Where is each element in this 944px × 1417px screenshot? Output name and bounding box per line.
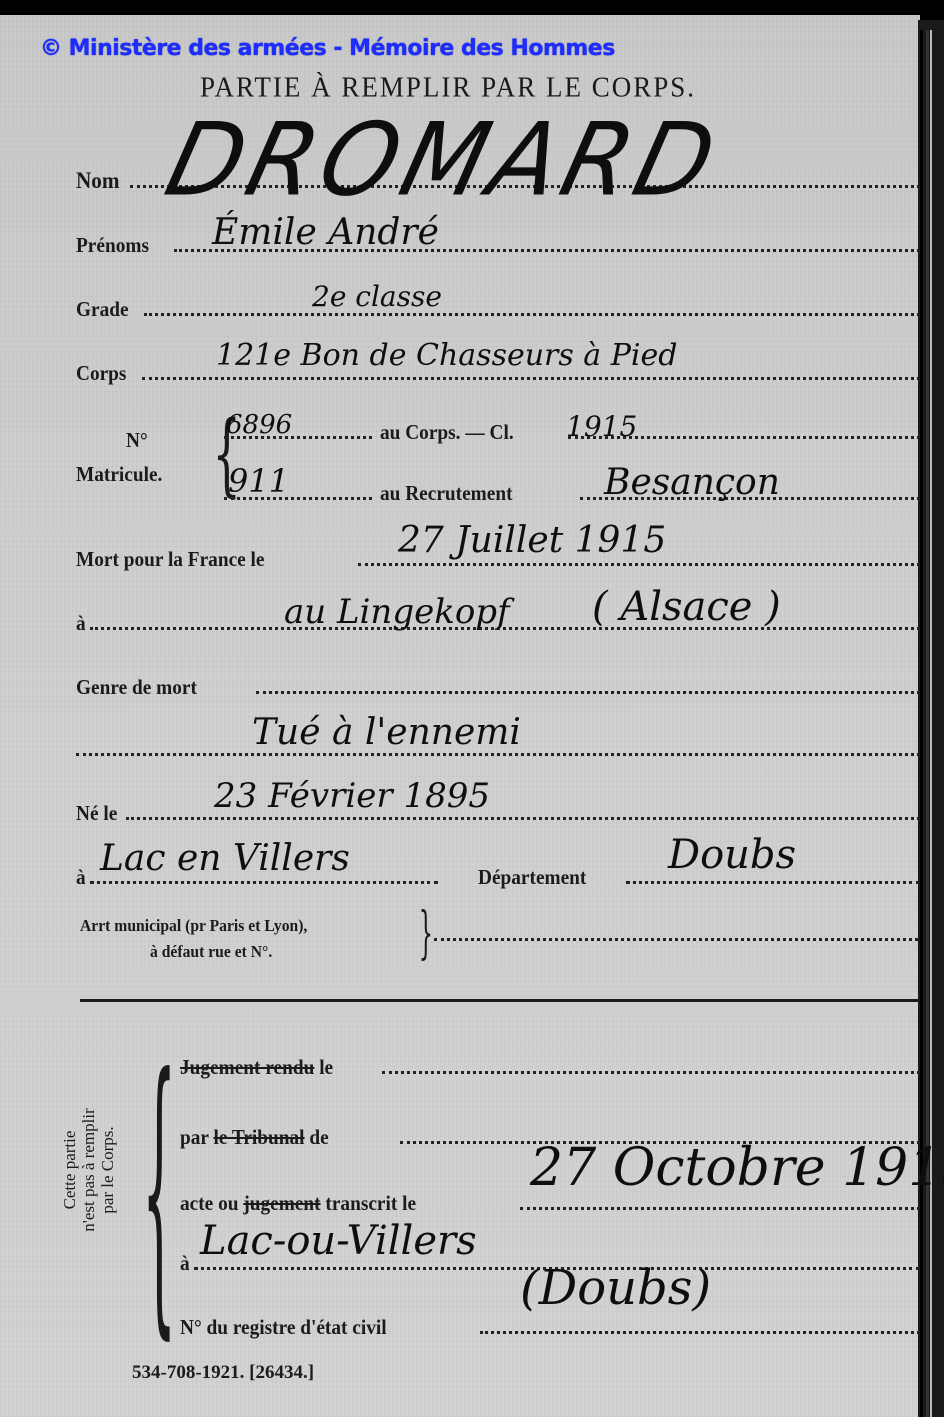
field-registre: N° du registre d'état civil — [180, 1300, 920, 1340]
mort-le-line — [358, 563, 920, 566]
field-grade: Grade — [76, 282, 920, 322]
recrutement-place: Besançon — [604, 462, 780, 503]
acte-line — [520, 1207, 920, 1210]
genre-de-mort-value: Tué à l'ennemi — [252, 712, 521, 753]
genre-de-mort-line-2 — [76, 753, 920, 756]
matricule-corps-label: au Corps. — Cl. — [380, 420, 514, 445]
tribunal-label-rest: de — [305, 1125, 329, 1149]
acte-label: acte ou jugement transcrit le — [180, 1191, 416, 1216]
corps-line — [142, 377, 920, 380]
prenoms-label: Prénoms — [76, 233, 149, 258]
side-note: Cette partie n'est pas à remplir par le … — [60, 1050, 117, 1290]
matricule-label-no: N° — [126, 428, 148, 453]
matricule-corps-value: 6896 — [226, 410, 292, 440]
prenoms-value: Émile André — [212, 212, 439, 253]
departement-label: Département — [478, 865, 586, 890]
grade-line — [144, 313, 920, 316]
copyright-watermark: © Ministère des armées - Mémoire des Hom… — [40, 36, 615, 61]
classe-value: 1915 — [566, 410, 637, 443]
recrutement-label: au Recrutement — [380, 481, 513, 506]
card-edge — [918, 20, 944, 1417]
ne-a-value: Lac en Villers — [100, 838, 350, 879]
field-matricule-recrutement: au Recrutement — [224, 466, 920, 506]
lieu-value: Lac-ou-Villers — [200, 1218, 477, 1264]
ne-le-label: Né le — [76, 801, 117, 826]
registre-line — [480, 1331, 920, 1334]
arrondissement-line — [434, 938, 918, 941]
matricule-label: Matricule. — [76, 462, 162, 487]
arrondissement-brace: } — [419, 906, 433, 962]
departement-line — [626, 881, 920, 884]
recrutement-value: 911 — [228, 462, 289, 500]
jugement-line — [382, 1071, 920, 1074]
jugement-label: Jugement rendu le — [180, 1055, 333, 1080]
tribunal-label: par le Tribunal de — [180, 1125, 329, 1150]
acte-label-struck: jugement — [243, 1191, 320, 1215]
ne-a-line — [90, 881, 438, 884]
ne-a-label: à — [76, 865, 86, 890]
registre-label: N° du registre d'état civil — [180, 1315, 387, 1340]
print-reference: 534-708-1921. [26434.] — [132, 1362, 314, 1384]
grade-label: Grade — [76, 297, 129, 322]
form-heading: PARTIE À REMPLIR PAR LE CORPS. — [200, 71, 696, 104]
tribunal-label-prefix: par — [180, 1125, 213, 1149]
genre-de-mort-line — [256, 691, 920, 694]
grade-value: 2e classe — [312, 280, 442, 313]
field-genre-de-mort: Genre de mort — [76, 660, 920, 700]
mort-a-value: au Lingekopf — [284, 592, 510, 632]
side-note-line-3: par le Corps. — [98, 1050, 117, 1290]
section-divider — [80, 999, 918, 1002]
acte-label-prefix: acte ou — [180, 1191, 243, 1215]
field-jugement: Jugement rendu le — [180, 1040, 920, 1080]
nom-value: DROMARD — [155, 101, 732, 219]
corps-label: Corps — [76, 361, 126, 386]
arrondissement-label-2: à défaut rue et N°. — [150, 942, 272, 962]
mort-a-region: ( Alsace ) — [592, 584, 781, 630]
corps-value: 121e Bon de Chasseurs à Pied — [216, 338, 677, 373]
side-note-brace: { — [142, 1040, 176, 1340]
field-ne-le: Né le — [76, 786, 920, 826]
jugement-label-struck: Jugement rendu — [180, 1055, 314, 1079]
genre-de-mort-label: Genre de mort — [76, 675, 197, 700]
jugement-label-rest: le — [314, 1055, 333, 1079]
mort-a-label: à — [76, 611, 86, 636]
nom-label: Nom — [76, 168, 119, 194]
ne-le-value: 23 Février 1895 — [214, 776, 490, 816]
acte-label-rest: transcrit le — [321, 1191, 416, 1215]
acte-value: 27 Octobre 1915 — [530, 1138, 944, 1198]
ne-le-line — [126, 817, 920, 820]
tribunal-label-struck: le Tribunal — [213, 1125, 304, 1149]
lieu-label: à — [180, 1251, 190, 1276]
arrondissement-label: Arrt municipal (pr Paris et Lyon), — [80, 916, 307, 936]
side-note-line-2: n'est pas à remplir — [79, 1050, 98, 1290]
mort-le-value: 27 Juillet 1915 — [398, 520, 666, 561]
field-prenoms: Prénoms — [76, 218, 920, 258]
departement-value: Doubs — [668, 832, 796, 878]
mort-le-label: Mort pour la France le — [76, 547, 265, 572]
side-note-line-1: Cette partie — [60, 1050, 79, 1290]
